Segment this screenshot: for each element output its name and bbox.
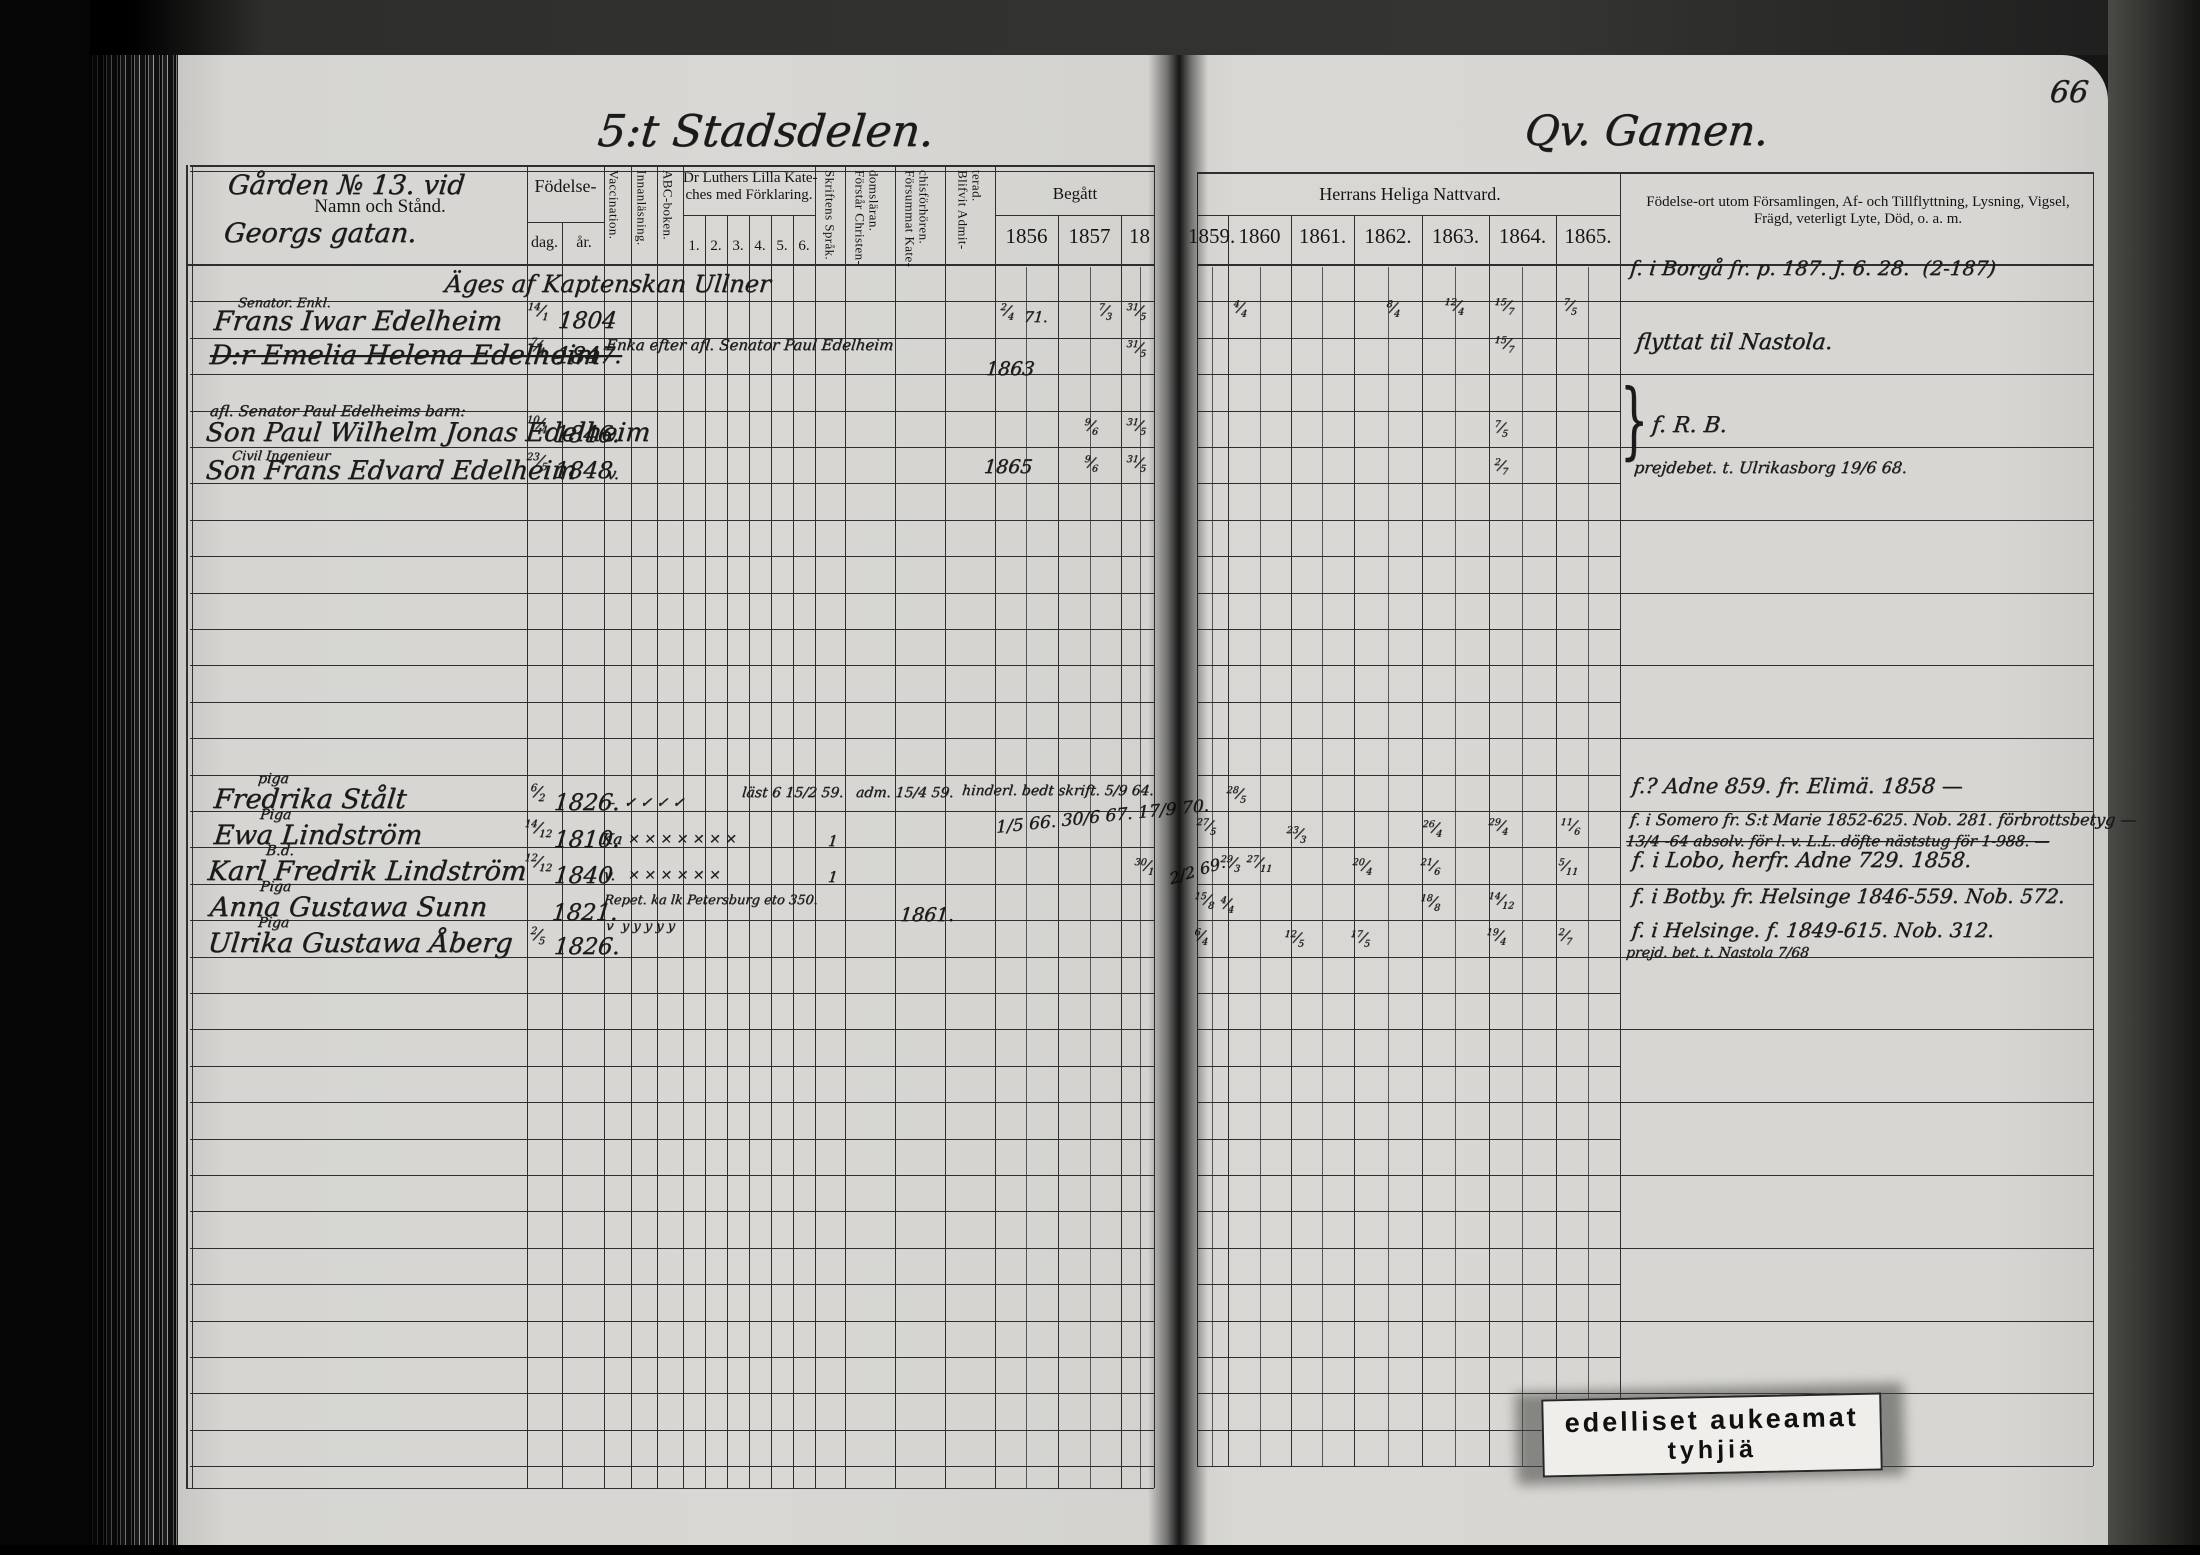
grid-line	[1197, 884, 1620, 885]
grid-line	[793, 215, 794, 1488]
entry-4-birth-day: 23⁄5	[525, 453, 549, 473]
grid-line	[1620, 374, 2093, 375]
entry-8-mark-1864: 14⁄12	[1487, 892, 1516, 911]
entry-5-reading-marks: – ✓ ✓ ✓ ✓	[607, 796, 685, 810]
abc-book-column-label: ABC-boken.	[660, 170, 674, 240]
grid-line	[1620, 520, 2093, 521]
entry-9-note-2: prejd. bet. t. Nastola 7/68	[1625, 946, 1809, 960]
grid-line	[190, 593, 1154, 594]
grid-line	[190, 1430, 1154, 1431]
catechism-col-6: 6.	[793, 238, 815, 255]
grid-line	[1197, 411, 1620, 412]
grid-line	[186, 165, 188, 1488]
grid-line	[895, 165, 896, 1488]
entry-3-note: f. R. B.	[1651, 415, 1728, 437]
entry-6-reading-marks: × × × × × × ×	[627, 832, 737, 846]
grid-line	[190, 702, 1154, 703]
entry-6-mark-1865: 11⁄6	[1559, 818, 1582, 837]
scan-left-margin	[0, 0, 90, 1555]
grid-line	[1620, 172, 1621, 1466]
grid-line	[1197, 1066, 1620, 1067]
entry-4-birth-year: 1848	[553, 460, 614, 483]
street-line: Georgs gatan.	[223, 220, 419, 247]
grid-line	[190, 1321, 1154, 1322]
catechism-col-1: 1.	[683, 238, 705, 255]
entry-4-admitted-year: 1865	[983, 458, 1033, 477]
grid-line	[1197, 483, 1620, 484]
right-page-title: Qv. Gamen.	[1523, 110, 1771, 152]
grid-line	[1197, 993, 1620, 994]
reading-column-label: Innanläsning.	[634, 170, 648, 246]
entry-2-birth-day: 7⁄4	[529, 338, 547, 358]
entry-7-mark-1862: 20⁄4	[1351, 858, 1374, 877]
grid-line	[1058, 215, 1059, 1488]
grid-line	[186, 1488, 1154, 1489]
year-label-right-1860: 1860	[1228, 224, 1291, 249]
grid-line	[190, 629, 1154, 630]
year-label-right-1861.: 1861.	[1291, 224, 1354, 249]
grid-line	[1197, 301, 1620, 302]
entry-9-mark-1865: 2⁄7	[1557, 928, 1573, 947]
grid-line	[190, 1175, 1154, 1176]
book-spine-fold	[1148, 55, 1208, 1545]
year-label-left-1856: 1856	[995, 224, 1058, 249]
birth-day-label: dag.	[527, 234, 562, 252]
grid-line	[190, 1029, 1154, 1030]
catechism-col-2: 2.	[705, 238, 727, 255]
entry-8-year-note: 1861.	[899, 906, 955, 925]
grid-line	[527, 222, 604, 223]
entry-8-marks: v y y y y y	[605, 920, 675, 933]
grid-line	[190, 165, 1154, 167]
entry-6-name: Ewa Lindström	[213, 822, 424, 849]
entry-7-mark-1863: 21⁄6	[1419, 858, 1442, 877]
entry-6-mark-1861: 23⁄3	[1285, 826, 1308, 845]
grid-line	[1197, 1248, 1620, 1249]
entry-8-note: f. i Botby. fr. Helsinge 1846-559. Nob. …	[1631, 886, 2066, 906]
year-label-right-1864.: 1864.	[1489, 224, 1556, 249]
birth-year-label: år.	[564, 234, 604, 252]
catechism-col-5: 5.	[771, 238, 793, 255]
grid-line	[190, 993, 1154, 994]
year-label-right-1865.: 1865.	[1556, 224, 1620, 249]
grid-line	[727, 215, 728, 1488]
entry-9-birth-day: 2⁄5	[529, 927, 547, 947]
grid-line	[190, 738, 1154, 739]
grid-line	[1197, 811, 1620, 812]
grid-line	[190, 1102, 1154, 1103]
grid-line	[631, 165, 632, 1488]
grid-line	[1620, 593, 2093, 594]
grid-line	[1197, 738, 1620, 739]
grid-line	[845, 165, 846, 1488]
grid-line	[1197, 447, 1620, 448]
grid-line	[657, 165, 658, 1488]
entry-1-birth-day: 14⁄1	[526, 303, 550, 323]
vaccination-column-label: Vaccination.	[606, 170, 620, 239]
grid-line	[1197, 665, 1620, 666]
entry-7-mark-1865: 5⁄11	[1557, 858, 1580, 877]
entry-7-reading-marks: × × × × × ×	[627, 868, 721, 882]
scanned-parish-ledger: Namn och Stånd. Födelse- dag. år. Vaccin…	[0, 0, 2200, 1555]
entry-3-note-brace: }	[1620, 380, 1648, 464]
year-label-right-1863.: 1863.	[1422, 224, 1489, 249]
entry-5-note: f.? Adne 859. fr. Elimä. 1858 —	[1631, 776, 1964, 797]
grid-line	[1620, 1321, 2093, 1322]
entry-1-mark-1863: 12⁄4	[1443, 298, 1466, 317]
grid-line	[190, 556, 1154, 557]
grid-line	[683, 215, 815, 216]
grid-line	[1197, 775, 1620, 776]
scan-right-margin	[2108, 0, 2200, 1555]
entry-7-vaccination: v.	[603, 868, 616, 883]
entry-7-birth-day: 12⁄12	[523, 854, 554, 874]
grid-line	[190, 1466, 1154, 1467]
entry-9-mark-1862: 17⁄5	[1349, 930, 1372, 949]
entry-6-note: f. i Somero fr. S:t Marie 1852-625. Nob.…	[1629, 812, 2137, 828]
entry-1-mark-1865: 7⁄5	[1562, 298, 1578, 317]
entry-9-birth-year: 1826.	[553, 936, 621, 959]
grid-line	[1197, 847, 1620, 848]
entry-6-birth-day: 14⁄12	[523, 820, 554, 840]
entry-5-admitted-note: adm. 15/4 59.	[855, 786, 954, 800]
grid-line	[1620, 1029, 2093, 1030]
entry-5-hindrance-note: hinderl. bedt skrift. 5/9 64.	[961, 784, 1154, 798]
entry-5-catechism-note: läst 6 15/2 59.	[741, 786, 844, 800]
page-number: 66	[2048, 78, 2089, 108]
entry-8-repetition-note: Repet. ka lk Petersburg eto 350.	[603, 894, 818, 907]
catechism-column-label: Dr Luthers Lilla Kate- ches med Förklari…	[683, 170, 815, 205]
entry-6-note-2: 13/4 -64 absolv. för l. v. L.L. döfte nä…	[1625, 834, 2050, 849]
catechism-col-4: 4.	[749, 238, 771, 255]
grid-line	[1620, 1102, 2093, 1103]
grid-line	[815, 165, 816, 1488]
grid-line	[190, 1357, 1154, 1358]
missed-column-label: Försummat Kate- chisförhören.	[902, 170, 931, 267]
entry-8-mark-1863: 18⁄8	[1419, 894, 1442, 913]
scan-bottom-margin	[0, 1545, 2200, 1555]
entry-9-mark-1864: 19⁄4	[1485, 928, 1508, 947]
entry-2-mark-1858: 31⁄5	[1125, 340, 1148, 359]
grid-line	[1620, 301, 2093, 302]
grid-line	[705, 215, 706, 1488]
grid-line	[1228, 215, 1229, 1466]
grid-line	[683, 165, 684, 1488]
entry-1-mark-1856b: 71.	[1023, 310, 1048, 325]
stamp-line-1: edelliset aukeamat	[1564, 1402, 1859, 1439]
entry-7-mark-1860: 27⁄11	[1245, 855, 1274, 874]
grid-line	[1197, 702, 1620, 703]
stamp-line-2: tyhjiä	[1667, 1435, 1757, 1466]
entry-9-mark-1861: 12⁄5	[1283, 930, 1306, 949]
entry-3-mark-1864: 7⁄5	[1493, 420, 1509, 439]
scan-top-margin	[0, 0, 2200, 55]
grid-line	[186, 264, 1154, 266]
entry-3-mark-1857: 9⁄6	[1083, 418, 1099, 437]
grid-line	[190, 1248, 1154, 1249]
grid-line	[1197, 593, 1620, 594]
grid-line	[1090, 267, 1091, 1488]
grid-line	[1620, 1175, 2093, 1176]
entry-4-note: prejdebet. t. Ulrikasborg 19/6 68.	[1633, 460, 1908, 476]
entry-8-name: Anna Gustawa Sunn	[209, 894, 489, 921]
grid-line	[1197, 1175, 1620, 1176]
admitted-column-label: Blifvit Admit- terad.	[955, 170, 984, 250]
grid-line	[1197, 957, 1620, 958]
grid-line	[1197, 1321, 1620, 1322]
grid-line	[190, 665, 1154, 666]
entry-1-mark-1862: 8⁄4	[1385, 300, 1401, 319]
grid-line	[1197, 374, 1620, 375]
grid-line	[1620, 665, 2093, 666]
entry-1-mark-1863b: 15⁄7	[1493, 298, 1516, 317]
grid-line	[1197, 1211, 1620, 1212]
grid-line	[1489, 215, 1490, 1466]
entry-3-mark-1858: 31⁄5	[1125, 418, 1148, 437]
entry-4-name: Son Frans Edvard Edelheim	[205, 458, 578, 484]
understands-column-label: Förstår Christen- domsläran.	[852, 170, 881, 265]
entry-4-vaccination: v.	[606, 466, 620, 482]
book-page-edges	[90, 55, 178, 1545]
entry-9-note: f. i Helsinge. f. 1849-615. Nob. 312.	[1631, 920, 1995, 940]
grid-line	[1140, 267, 1141, 1488]
grid-line	[1197, 920, 1620, 921]
entry-6-mark-1863: 26⁄4	[1421, 820, 1444, 839]
entry-2-note: flyttat til Nastola.	[1635, 332, 1834, 354]
entry-2-widow-note: Enka efter afl. Senator Paul Edelheim	[605, 338, 894, 353]
entry-1-birth-year: 1804	[557, 310, 618, 333]
grid-line	[1026, 267, 1027, 1488]
left-page-title: 5:t Stadsdelen.	[596, 110, 937, 154]
grid-line	[1197, 1357, 1620, 1358]
entry-9-name: Ulrika Gustawa Åberg	[207, 930, 514, 957]
children-heading: afl. Senator Paul Edelheims barn:	[209, 404, 466, 419]
entry-5-mark-1859: 28⁄5	[1225, 786, 1248, 805]
scripture-column-label: Skriftens Språk.	[822, 170, 836, 260]
grid-line	[995, 215, 1154, 216]
entry-5-birth-day: 6⁄2	[529, 784, 547, 804]
grid-line	[1197, 1102, 1620, 1103]
grid-line	[1197, 215, 1620, 216]
entry-3-birth-day: 10⁄4	[525, 416, 549, 436]
entry-6-mark-1864: 29⁄4	[1487, 818, 1510, 837]
grid-line	[945, 165, 946, 1488]
ownership-note: Äges af Kaptenskan Ullner	[444, 272, 772, 296]
entry-6-vaccination: Ka	[601, 832, 623, 847]
grid-line	[192, 165, 193, 1488]
entry-4-mark-1857: 9⁄6	[1083, 455, 1099, 474]
grid-line	[190, 1139, 1154, 1140]
grid-line	[1556, 215, 1557, 1466]
grid-line	[1197, 520, 1620, 521]
grid-line	[1197, 1029, 1620, 1030]
grid-line	[1197, 629, 1620, 630]
entry-1-mark-1857: 7⁄3	[1097, 303, 1113, 322]
entry-2-mark-1863: 15⁄7	[1493, 336, 1516, 355]
grid-line	[1197, 1284, 1620, 1285]
grid-line	[190, 1211, 1154, 1212]
grid-line	[190, 520, 1154, 521]
grid-line	[190, 775, 1154, 776]
birth-column-label: Födelse-	[527, 176, 604, 197]
communion-label-left: Begått	[995, 184, 1155, 204]
grid-line	[771, 215, 772, 1488]
grid-line	[190, 1284, 1154, 1285]
grid-line	[1121, 215, 1122, 1488]
grid-line	[1620, 1248, 2093, 1249]
entry-5-name: Fredrika Stålt	[213, 786, 408, 813]
entry-1-name: Frans Iwar Edelheim	[213, 308, 504, 335]
grid-line	[1197, 172, 2093, 174]
entry-8-mark-1859b: 4⁄4	[1219, 896, 1235, 915]
grid-line	[1197, 556, 1620, 557]
empty-pages-stamp: edelliset aukeamat tyhjiä	[1541, 1392, 1883, 1477]
grid-line	[1197, 1139, 1620, 1140]
entry-1-mark-1860: 4⁄4	[1232, 300, 1248, 319]
grid-line	[1620, 447, 2093, 448]
entry-1-note: f. i Borgå fr. p. 187. J. 6. 28. (2-187)	[1629, 258, 1997, 278]
entry-1-mark-1856: 2⁄4	[999, 303, 1015, 322]
entry-7-scripture-mark: 1	[827, 870, 838, 885]
entry-7-mark-1859: 29⁄3	[1219, 855, 1242, 874]
entry-2-admitted-year: 1863	[985, 360, 1035, 379]
year-label-left-1857: 1857	[1058, 224, 1121, 249]
grid-line	[1354, 215, 1355, 1466]
entry-7-note: f. i Lobo, herfr. Adne 729. 1858.	[1631, 850, 1973, 871]
entry-7-name: Karl Fredrik Lindström	[207, 858, 528, 885]
entry-4-mark-1858: 31⁄5	[1125, 455, 1148, 474]
grid-line	[190, 301, 1154, 302]
communion-label-right: Herrans Heliga Nattvard.	[1230, 184, 1590, 205]
grid-line	[190, 1066, 1154, 1067]
catechism-col-3: 3.	[727, 238, 749, 255]
grid-line	[190, 1393, 1154, 1394]
entry-6-scripture-mark: 1	[827, 834, 838, 849]
house-number-line: Gården № 13. vid	[227, 172, 466, 199]
entry-3-vaccination: v.	[606, 428, 620, 444]
grid-line	[749, 215, 750, 1488]
grid-line	[1197, 338, 1620, 339]
grid-line	[1422, 215, 1423, 1466]
year-label-right-1862.: 1862.	[1354, 224, 1422, 249]
entry-4-mark-1864: 2⁄7	[1493, 458, 1509, 477]
notes-column-label: Födelse-ort utom Församlingen, Af- och T…	[1628, 194, 2088, 229]
grid-line	[1620, 738, 2093, 739]
entry-1-mark-1858: 31⁄5	[1125, 303, 1148, 322]
